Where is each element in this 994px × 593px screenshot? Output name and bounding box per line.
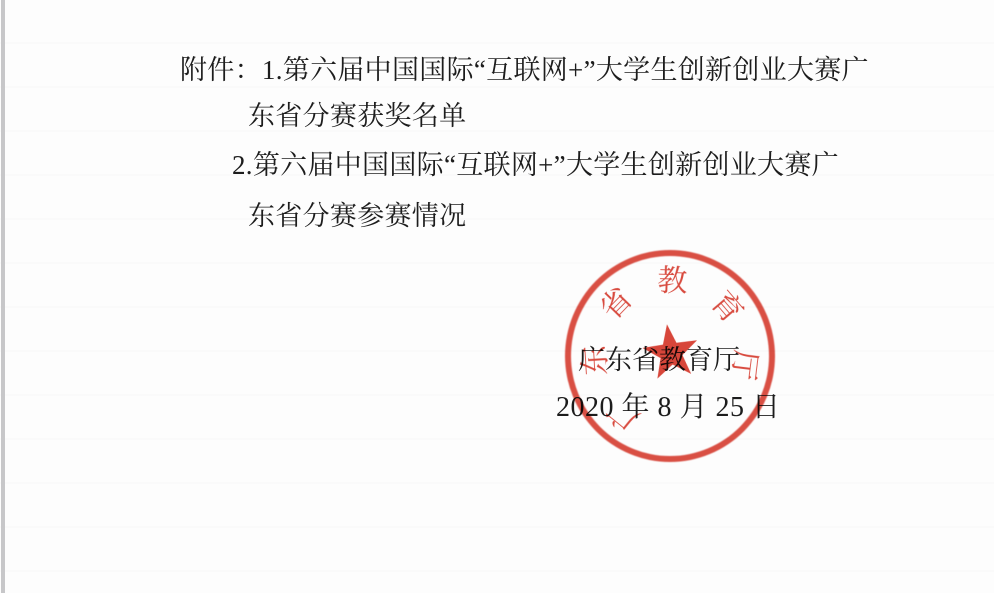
attachment-item-2-number: 2. (232, 150, 253, 180)
seal-arc-char: 省 (588, 276, 640, 328)
signer-name: 广东省教育厅 (578, 338, 740, 377)
attachment-item-2-text: 第六届中国国际“互联网+”大学生创新创业大赛广 (253, 150, 839, 180)
attachment-item-2-text-cont: 东省分赛参赛情况 (248, 201, 466, 231)
scan-edge-strip (1, 0, 5, 593)
attachment-label: 附件： (180, 55, 262, 85)
attachment-item-1-text: 第六届中国国际“互联网+”大学生创新创业大赛广 (283, 55, 869, 85)
seal-arc-char: 育 (703, 280, 756, 331)
attachment-line-3: 2.第六届中国国际“互联网+”大学生创新创业大赛广 (232, 150, 839, 181)
attachment-line-2: 东省分赛获奖名单 (248, 101, 466, 132)
attachment-item-1-number: 1. (262, 55, 283, 85)
attachment-line-1: 附件：1.第六届中国国际“互联网+”大学生创新创业大赛广 (180, 55, 869, 86)
attachment-item-1-text-cont: 东省分赛获奖名单 (248, 101, 466, 131)
signature-date: 2020 年 8 月 25 日 (556, 385, 781, 425)
attachment-line-4: 东省分赛参赛情况 (248, 201, 466, 232)
seal-arc-char: 教 (657, 256, 688, 301)
scanned-document-page: 附件：1.第六届中国国际“互联网+”大学生创新创业大赛广 东省分赛获奖名单 2.… (0, 0, 994, 593)
